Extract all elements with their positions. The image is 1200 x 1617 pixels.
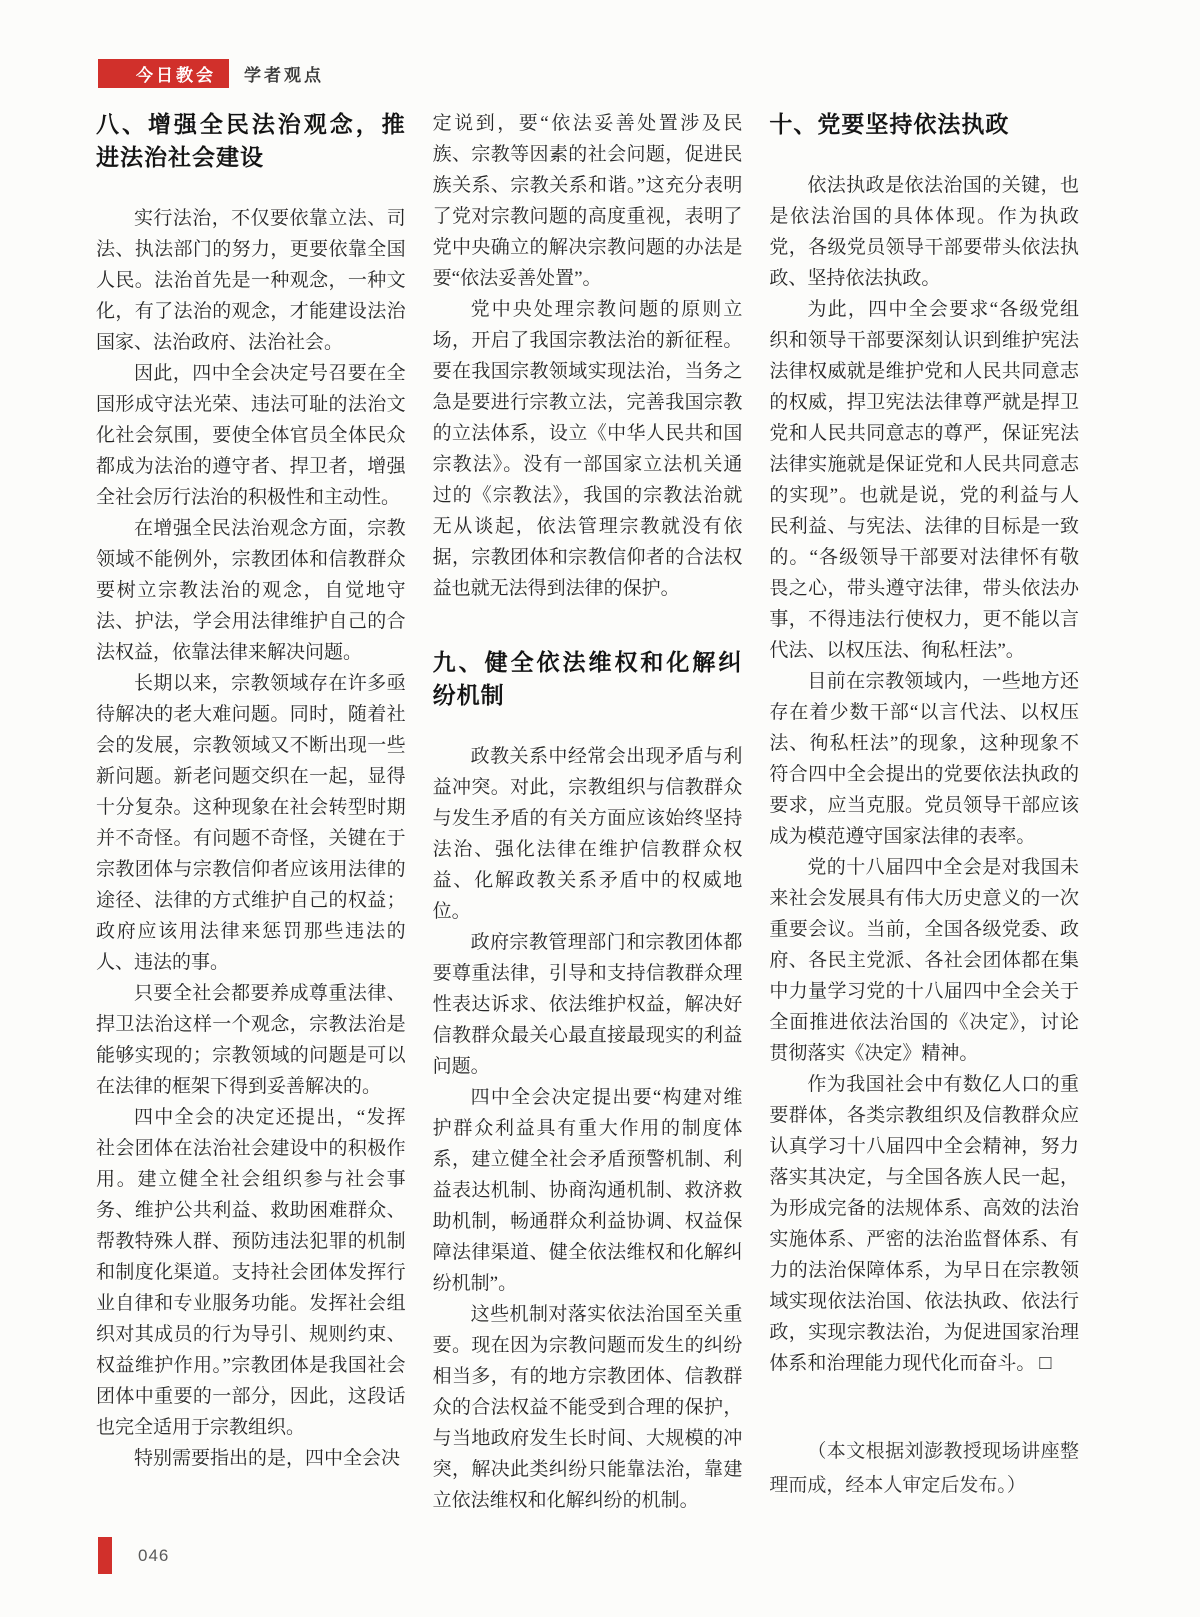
paragraph: 在增强全民法治观念方面，宗教领域不能例外，宗教团体和信教群众要树立宗教法治的观念…	[96, 513, 406, 668]
column-section-label: 学者观点	[244, 61, 324, 86]
paragraph: 长期以来，宗教领域存在许多亟待解决的老大难问题。同时，随着社会的发展，宗教领域又…	[96, 668, 406, 978]
section-heading-10: 十、党要坚持依法执政	[769, 108, 1079, 141]
footer-accent-bar	[98, 1537, 112, 1574]
paragraph: 只要全社会都要养成尊重法律、捍卫法治这样一个观念，宗教法治是能够实现的；宗教领域…	[96, 978, 406, 1102]
paragraph: 目前在宗教领域内，一些地方还存在着少数干部“以言代法、以权压法、徇私枉法”的现象…	[769, 666, 1079, 852]
paragraph: 依法执政是依法治国的关键，也是依法治国的具体体现。作为执政党，各级党员领导干部要…	[769, 170, 1079, 294]
editor-note: （本文根据刘澎教授现场讲座整理而成，经本人审定后发布。）	[769, 1435, 1079, 1503]
paragraph: 为此，四中全会要求“各级党组织和领导干部要深刻认识到维护宪法法律权威就是维护党和…	[769, 294, 1079, 666]
paragraph: 政府宗教管理部门和宗教团体都要尊重法律，引导和支持信教群众理性表达诉求、依法维护…	[433, 927, 743, 1082]
paragraph: 这些机制对落实依法治国至关重要。现在因为宗教问题而发生的纠纷相当多，有的地方宗教…	[433, 1299, 743, 1516]
section-heading-9: 九、健全依法维权和化解纠纷机制	[433, 646, 743, 712]
text-column-1: 八、增强全民法治观念，推进法治社会建设 实行法治，不仅要依靠立法、司法、执法部门…	[96, 108, 406, 1516]
paragraph: 特别需要指出的是，四中全会决	[96, 1443, 406, 1474]
magazine-page: { "header": { "badge_label": "今日教会", "se…	[0, 0, 1200, 1617]
paragraph: 政教关系中经常会出现矛盾与利益冲突。对此，宗教组织与信教群众与发生矛盾的有关方面…	[433, 741, 743, 927]
text-column-3: 十、党要坚持依法执政 依法执政是依法治国的关键，也是依法治国的具体体现。作为执政…	[769, 108, 1079, 1516]
paragraph-continuation: 定说到，要“依法妥善处置涉及民族、宗教等因素的社会问题，促进民族关系、宗教关系和…	[433, 108, 743, 294]
paragraph: 作为我国社会中有数亿人口的重要群体，各类宗教组织及信教群众应认真学习十八届四中全…	[769, 1069, 1079, 1379]
paragraph: 四中全会决定提出要“构建对维护群众利益具有重大作用的制度体系，建立健全社会矛盾预…	[433, 1082, 743, 1299]
end-of-article-mark: □	[1039, 1352, 1051, 1374]
magazine-title-badge: 今日教会	[98, 59, 229, 88]
paragraph: 党中央处理宗教问题的原则立场，开启了我国宗教法治的新征程。要在我国宗教领域实现法…	[433, 294, 743, 604]
paragraph: 四中全会的决定还提出，“发挥社会团体在法治社会建设中的积极作用。建立健全社会组织…	[96, 1102, 406, 1443]
page-header: 今日教会 学者观点	[98, 59, 324, 88]
paragraph: 党的十八届四中全会是对我国未来社会发展具有伟大历史意义的一次重要会议。当前，全国…	[769, 852, 1079, 1069]
paragraph: 实行法治，不仅要依靠立法、司法、执法部门的努力，更要依靠全国人民。法治首先是一种…	[96, 203, 406, 358]
magazine-title: 今日教会	[136, 61, 216, 86]
page-number: 046	[138, 1546, 169, 1566]
section-heading-8: 八、增强全民法治观念，推进法治社会建设	[96, 108, 406, 174]
paragraph: 因此，四中全会决定号召要在全国形成守法光荣、违法可耻的法治文化社会氛围，要使全体…	[96, 358, 406, 513]
article-content: 八、增强全民法治观念，推进法治社会建设 实行法治，不仅要依靠立法、司法、执法部门…	[96, 108, 1079, 1516]
paragraph-text: 作为我国社会中有数亿人口的重要群体，各类宗教组织及信教群众应认真学习十八届四中全…	[769, 1074, 1079, 1374]
text-column-2: 定说到，要“依法妥善处置涉及民族、宗教等因素的社会问题，促进民族关系、宗教关系和…	[433, 108, 743, 1516]
